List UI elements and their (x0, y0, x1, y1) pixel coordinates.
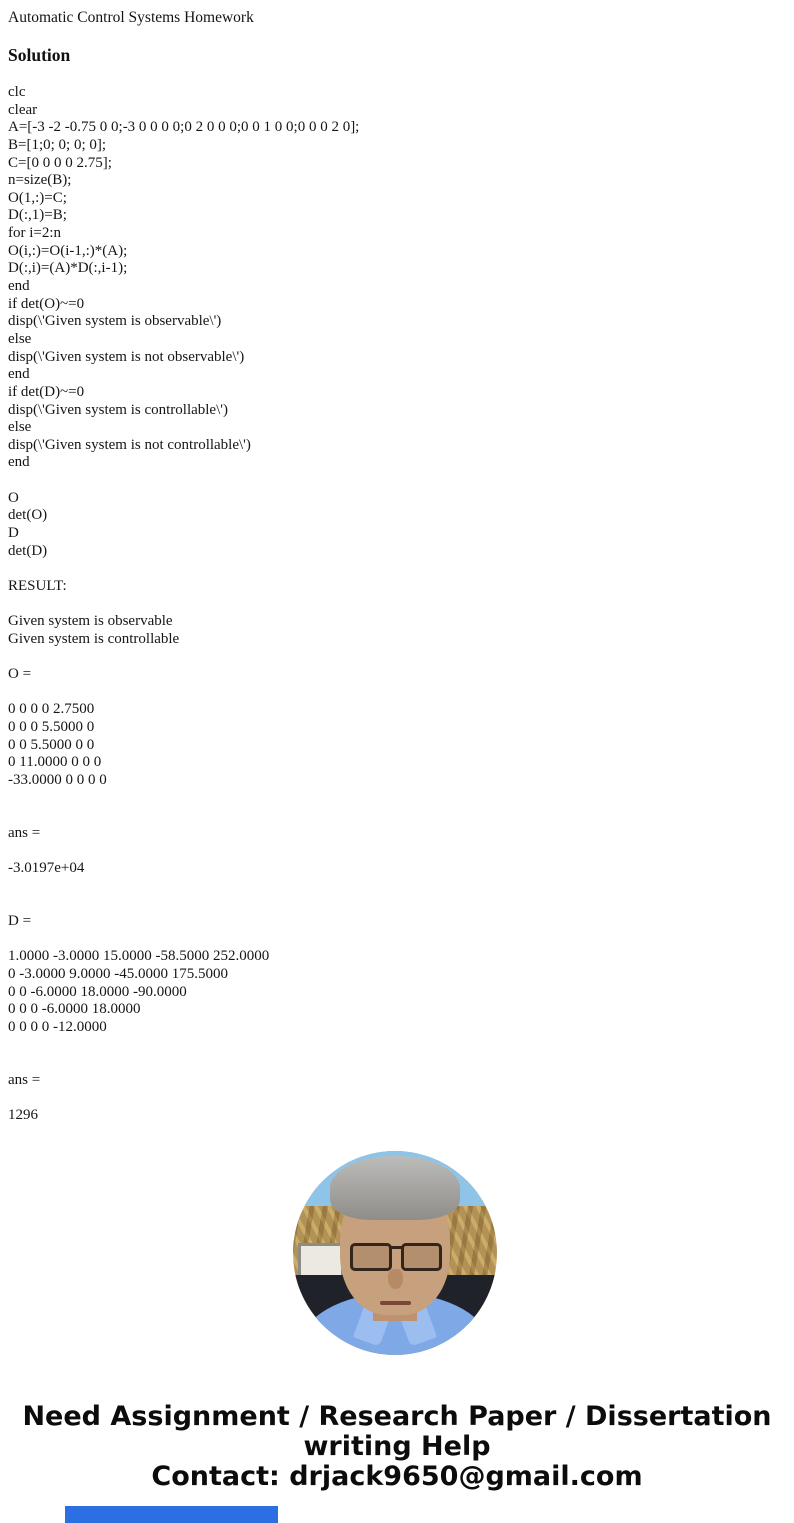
code-line: B=[1;0; 0; 0; 0]; (8, 137, 359, 155)
code-line: O(i,:)=O(i-1,:)*(A); (8, 243, 359, 261)
code-line: A=[-3 -2 -0.75 0 0;-3 0 0 0 0;0 2 0 0 0;… (8, 119, 359, 137)
code-line: 1296 (8, 1107, 359, 1125)
code-line: -3.0197e+04 (8, 860, 359, 878)
code-line: else (8, 331, 359, 349)
nose (388, 1269, 403, 1289)
code-line: 0 0 0 0 2.7500 (8, 701, 359, 719)
code-line: ans = (8, 1072, 359, 1090)
code-line: Given system is observable (8, 613, 359, 631)
footer-help-line1: Need Assignment / Research Paper / Disse… (0, 1402, 794, 1432)
code-line: det(O) (8, 507, 359, 525)
code-line: O = (8, 666, 359, 684)
code-line (8, 472, 359, 490)
code-line: 1.0000 -3.0000 15.0000 -58.5000 252.0000 (8, 948, 359, 966)
code-line: 0 0 -6.0000 18.0000 -90.0000 (8, 984, 359, 1002)
code-line (8, 560, 359, 578)
code-line: 0 0 0 5.5000 0 (8, 719, 359, 737)
code-line: 0 11.0000 0 0 0 (8, 754, 359, 772)
code-line (8, 1054, 359, 1072)
footer-ad: Need Assignment / Research Paper / Disse… (0, 1402, 794, 1492)
code-line: RESULT: (8, 578, 359, 596)
code-line: for i=2:n (8, 225, 359, 243)
code-block: clcclearA=[-3 -2 -0.75 0 0;-3 0 0 0 0;0 … (8, 84, 359, 1125)
code-line (8, 649, 359, 667)
left-lens (350, 1243, 392, 1271)
code-line: 0 0 0 -6.0000 18.0000 (8, 1001, 359, 1019)
code-line: D = (8, 913, 359, 931)
progress-bar[interactable] (65, 1506, 278, 1523)
section-heading: Solution (8, 45, 70, 66)
code-line (8, 843, 359, 861)
code-line: else (8, 419, 359, 437)
code-line: D(:,i)=(A)*D(:,i-1); (8, 260, 359, 278)
code-line (8, 596, 359, 614)
gray-hair (330, 1156, 460, 1220)
code-line: -33.0000 0 0 0 0 (8, 772, 359, 790)
right-lens (401, 1243, 443, 1271)
code-line: if det(O)~=0 (8, 296, 359, 314)
mouth (380, 1301, 411, 1305)
code-line: clear (8, 102, 359, 120)
code-line: det(D) (8, 543, 359, 561)
code-line: O(1,:)=C; (8, 190, 359, 208)
code-line: clc (8, 84, 359, 102)
code-line (8, 1090, 359, 1108)
tutor-portrait (293, 1151, 497, 1355)
code-line (8, 684, 359, 702)
code-line (8, 807, 359, 825)
code-line: if det(D)~=0 (8, 384, 359, 402)
page-title: Automatic Control Systems Homework (8, 8, 254, 27)
code-line: ans = (8, 825, 359, 843)
code-line: 0 -3.0000 9.0000 -45.0000 175.5000 (8, 966, 359, 984)
code-line: disp(\'Given system is not controllable\… (8, 437, 359, 455)
code-line: n=size(B); (8, 172, 359, 190)
code-line (8, 895, 359, 913)
code-line: 0 0 5.5000 0 0 (8, 737, 359, 755)
code-line (8, 931, 359, 949)
code-line: end (8, 454, 359, 472)
code-line (8, 878, 359, 896)
code-line: O (8, 490, 359, 508)
eyeglasses (350, 1243, 442, 1269)
code-line (8, 790, 359, 808)
code-line: 0 0 0 0 -12.0000 (8, 1019, 359, 1037)
code-line: disp(\'Given system is not observable\') (8, 349, 359, 367)
code-line: D (8, 525, 359, 543)
code-line: Given system is controllable (8, 631, 359, 649)
glasses-bridge (390, 1246, 402, 1249)
code-line: D(:,1)=B; (8, 207, 359, 225)
code-line: end (8, 278, 359, 296)
code-line: disp(\'Given system is controllable\') (8, 402, 359, 420)
code-line: C=[0 0 0 0 2.75]; (8, 155, 359, 173)
code-line (8, 1037, 359, 1055)
code-line: end (8, 366, 359, 384)
footer-help-line2: writing Help (0, 1432, 794, 1462)
code-line: disp(\'Given system is observable\') (8, 313, 359, 331)
footer-contact-text: Contact: drjack9650@gmail.com (0, 1462, 794, 1492)
